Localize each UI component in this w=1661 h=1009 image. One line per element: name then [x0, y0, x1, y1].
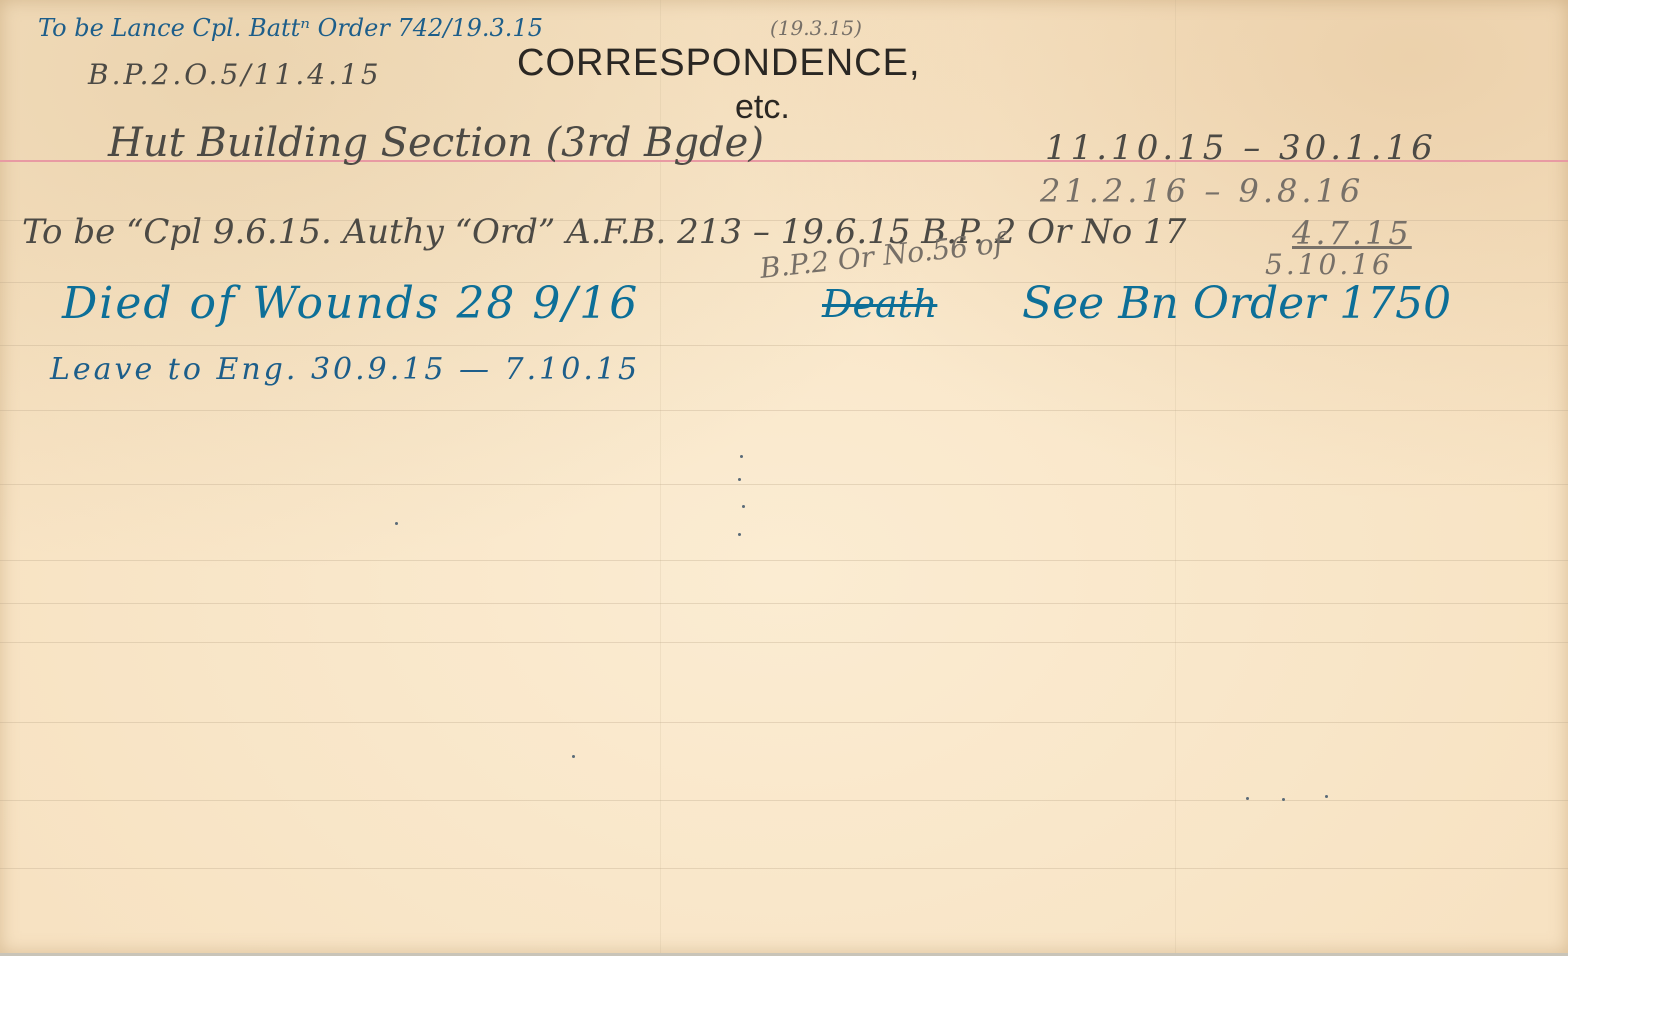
bp-order-date: 5.10.16 [1265, 248, 1393, 281]
ruled-line [0, 603, 1568, 604]
see-battalion-order-entry: See Bn Order 1750 [1022, 278, 1451, 329]
bp-order-note: B.P.2.O.5/11.4.15 [88, 58, 382, 91]
record-card: CORRESPONDENCE, etc. To be Lance Cpl. Ba… [0, 0, 1568, 956]
ink-speck [395, 522, 398, 525]
ink-speck [1282, 798, 1285, 801]
ink-speck [738, 533, 741, 536]
ink-speck [1325, 795, 1328, 798]
ink-speck [740, 455, 743, 458]
lance-cpl-date-bracket: (19.3.15) [770, 16, 862, 40]
ruled-line [0, 722, 1568, 723]
ruled-line [0, 484, 1568, 485]
cpl-date-top: 4.7.15 [1292, 214, 1412, 252]
ruled-line [0, 410, 1568, 411]
hut-building-entry: Hut Building Section (3rd Bgde) [108, 120, 764, 166]
ruled-line [0, 868, 1568, 869]
ruled-line [0, 560, 1568, 561]
struck-out-word: Death [822, 282, 937, 326]
lance-cpl-note: To be Lance Cpl. Battⁿ Order 742/19.3.15 [38, 14, 543, 42]
ink-speck [572, 755, 575, 758]
died-of-wounds-entry: Died of Wounds 28 9/16 [62, 278, 639, 329]
hut-building-dates-2: 21.2.16 – 9.8.16 [1040, 172, 1364, 210]
ink-speck [738, 478, 741, 481]
leave-entry: Leave to Eng. 30.9.15 — 7.10.15 [50, 352, 640, 387]
card-heading: CORRESPONDENCE, [517, 42, 921, 85]
ink-speck [1246, 797, 1249, 800]
ink-speck [742, 505, 745, 508]
cpl-promotion-entry: To be “Cpl 9.6.15. Authy “Ord” A.F.B. 21… [22, 212, 1186, 252]
ruled-line [0, 345, 1568, 346]
hut-building-dates-1: 11.10.15 – 30.1.16 [1045, 128, 1437, 168]
ruled-line [0, 642, 1568, 643]
ruled-line [0, 800, 1568, 801]
